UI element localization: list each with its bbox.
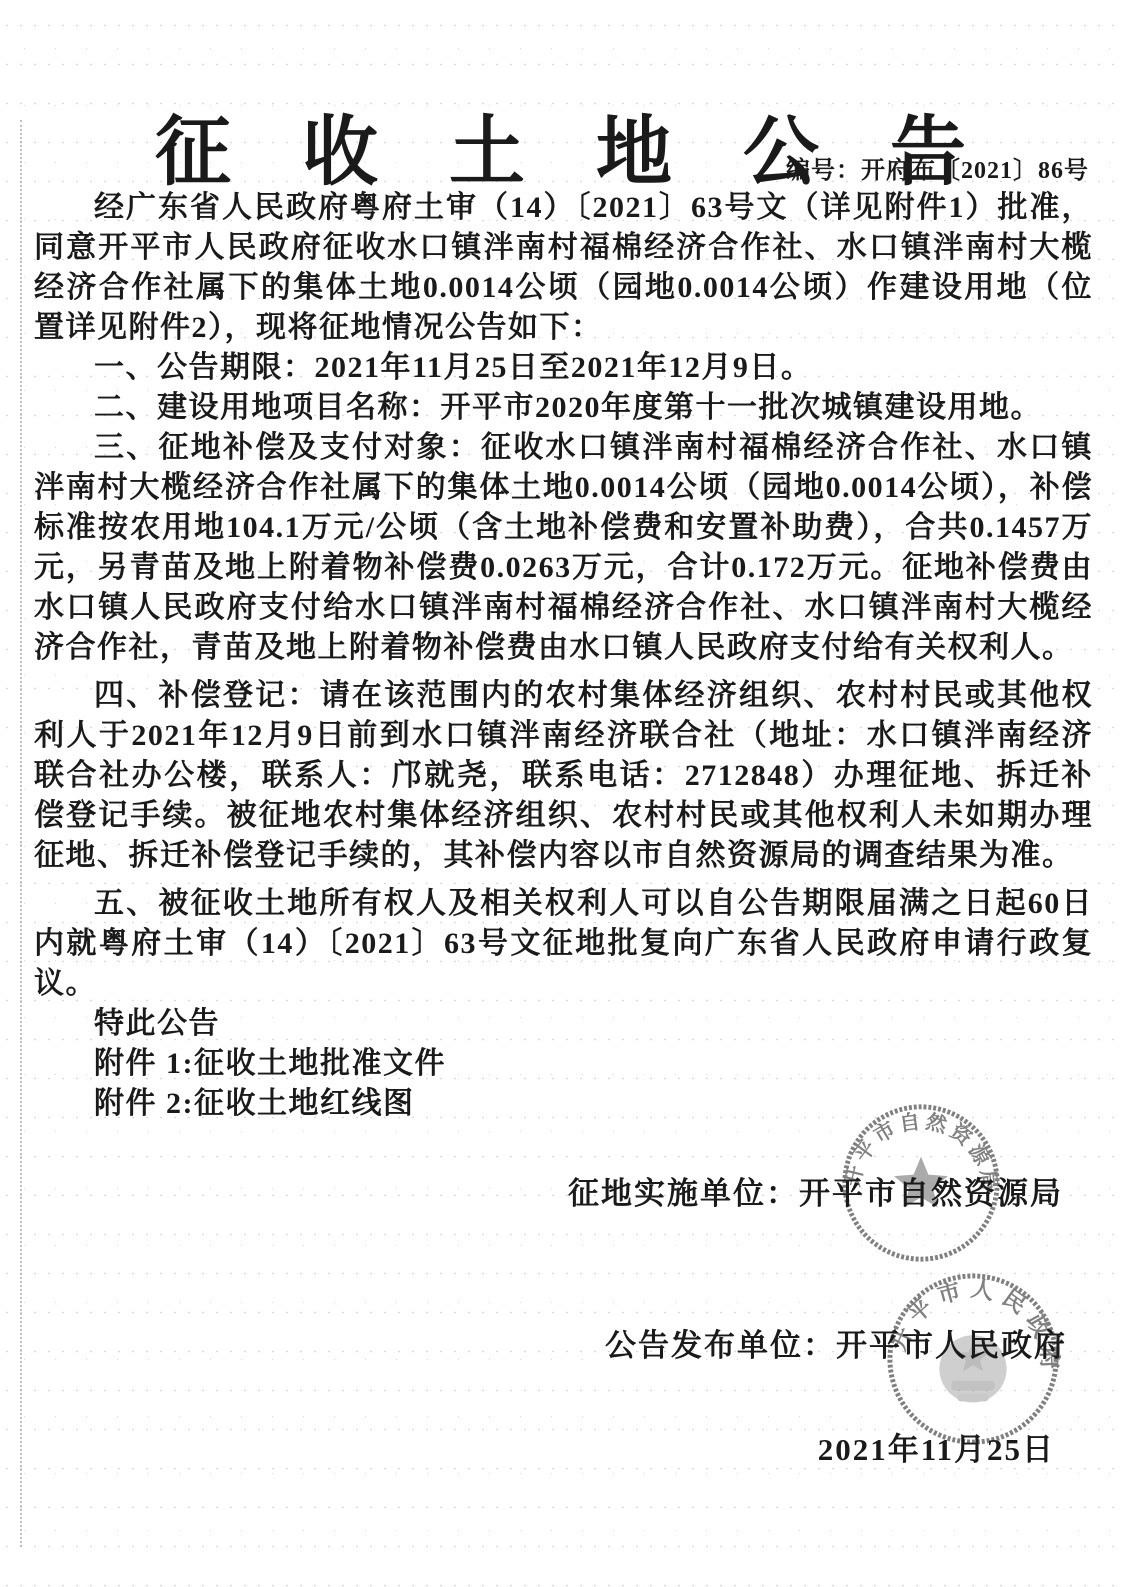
announcement-date: 2021年11月25日: [818, 1424, 1055, 1469]
paragraph-item-5: 五、被征收土地所有权人及相关权利人可以自公告期限届满之日起60日内就粤府土审（1…: [34, 884, 1093, 1004]
paragraph-item-1: 一、公告期限：2021年11月25日至2021年12月9日。: [34, 348, 1093, 388]
paragraph-closing: 特此公告: [34, 1004, 1093, 1044]
paragraph-item-2: 二、建设用地项目名称：开平市2020年度第十一批次城镇建设用地。: [34, 388, 1093, 428]
paragraph-item-3: 三、征地补偿及支付对象：征收水口镇泮南村福棉经济合作社、水口镇泮南村大榄经济合作…: [34, 428, 1093, 668]
publisher-line: 公告发布单位：开平市人民政府: [605, 1320, 1067, 1365]
document-number: 编号：开府布〔2021〕86号: [786, 150, 1089, 185]
scan-edge-line: [20, 120, 22, 1547]
paragraph-attachment-1: 附件 1:征收土地批准文件: [34, 1044, 1093, 1084]
announcement-body: 经广东省人民政府粤府土审（14）〔2021〕63号文（详见附件1）批准，同意开平…: [34, 188, 1093, 1124]
announcement-page: 征 收 土 地 公 告 编号：开府布〔2021〕86号 经广东省人民政府粤府土审…: [0, 0, 1121, 1587]
implementer-line: 征地实施单位：开平市自然资源局: [568, 1168, 1063, 1213]
paragraph-intro: 经广东省人民政府粤府土审（14）〔2021〕63号文（详见附件1）批准，同意开平…: [34, 188, 1093, 348]
paragraph-item-4: 四、补偿登记：请在该范围内的农村集体经济组织、农村村民或其他权利人于2021年1…: [34, 676, 1093, 876]
